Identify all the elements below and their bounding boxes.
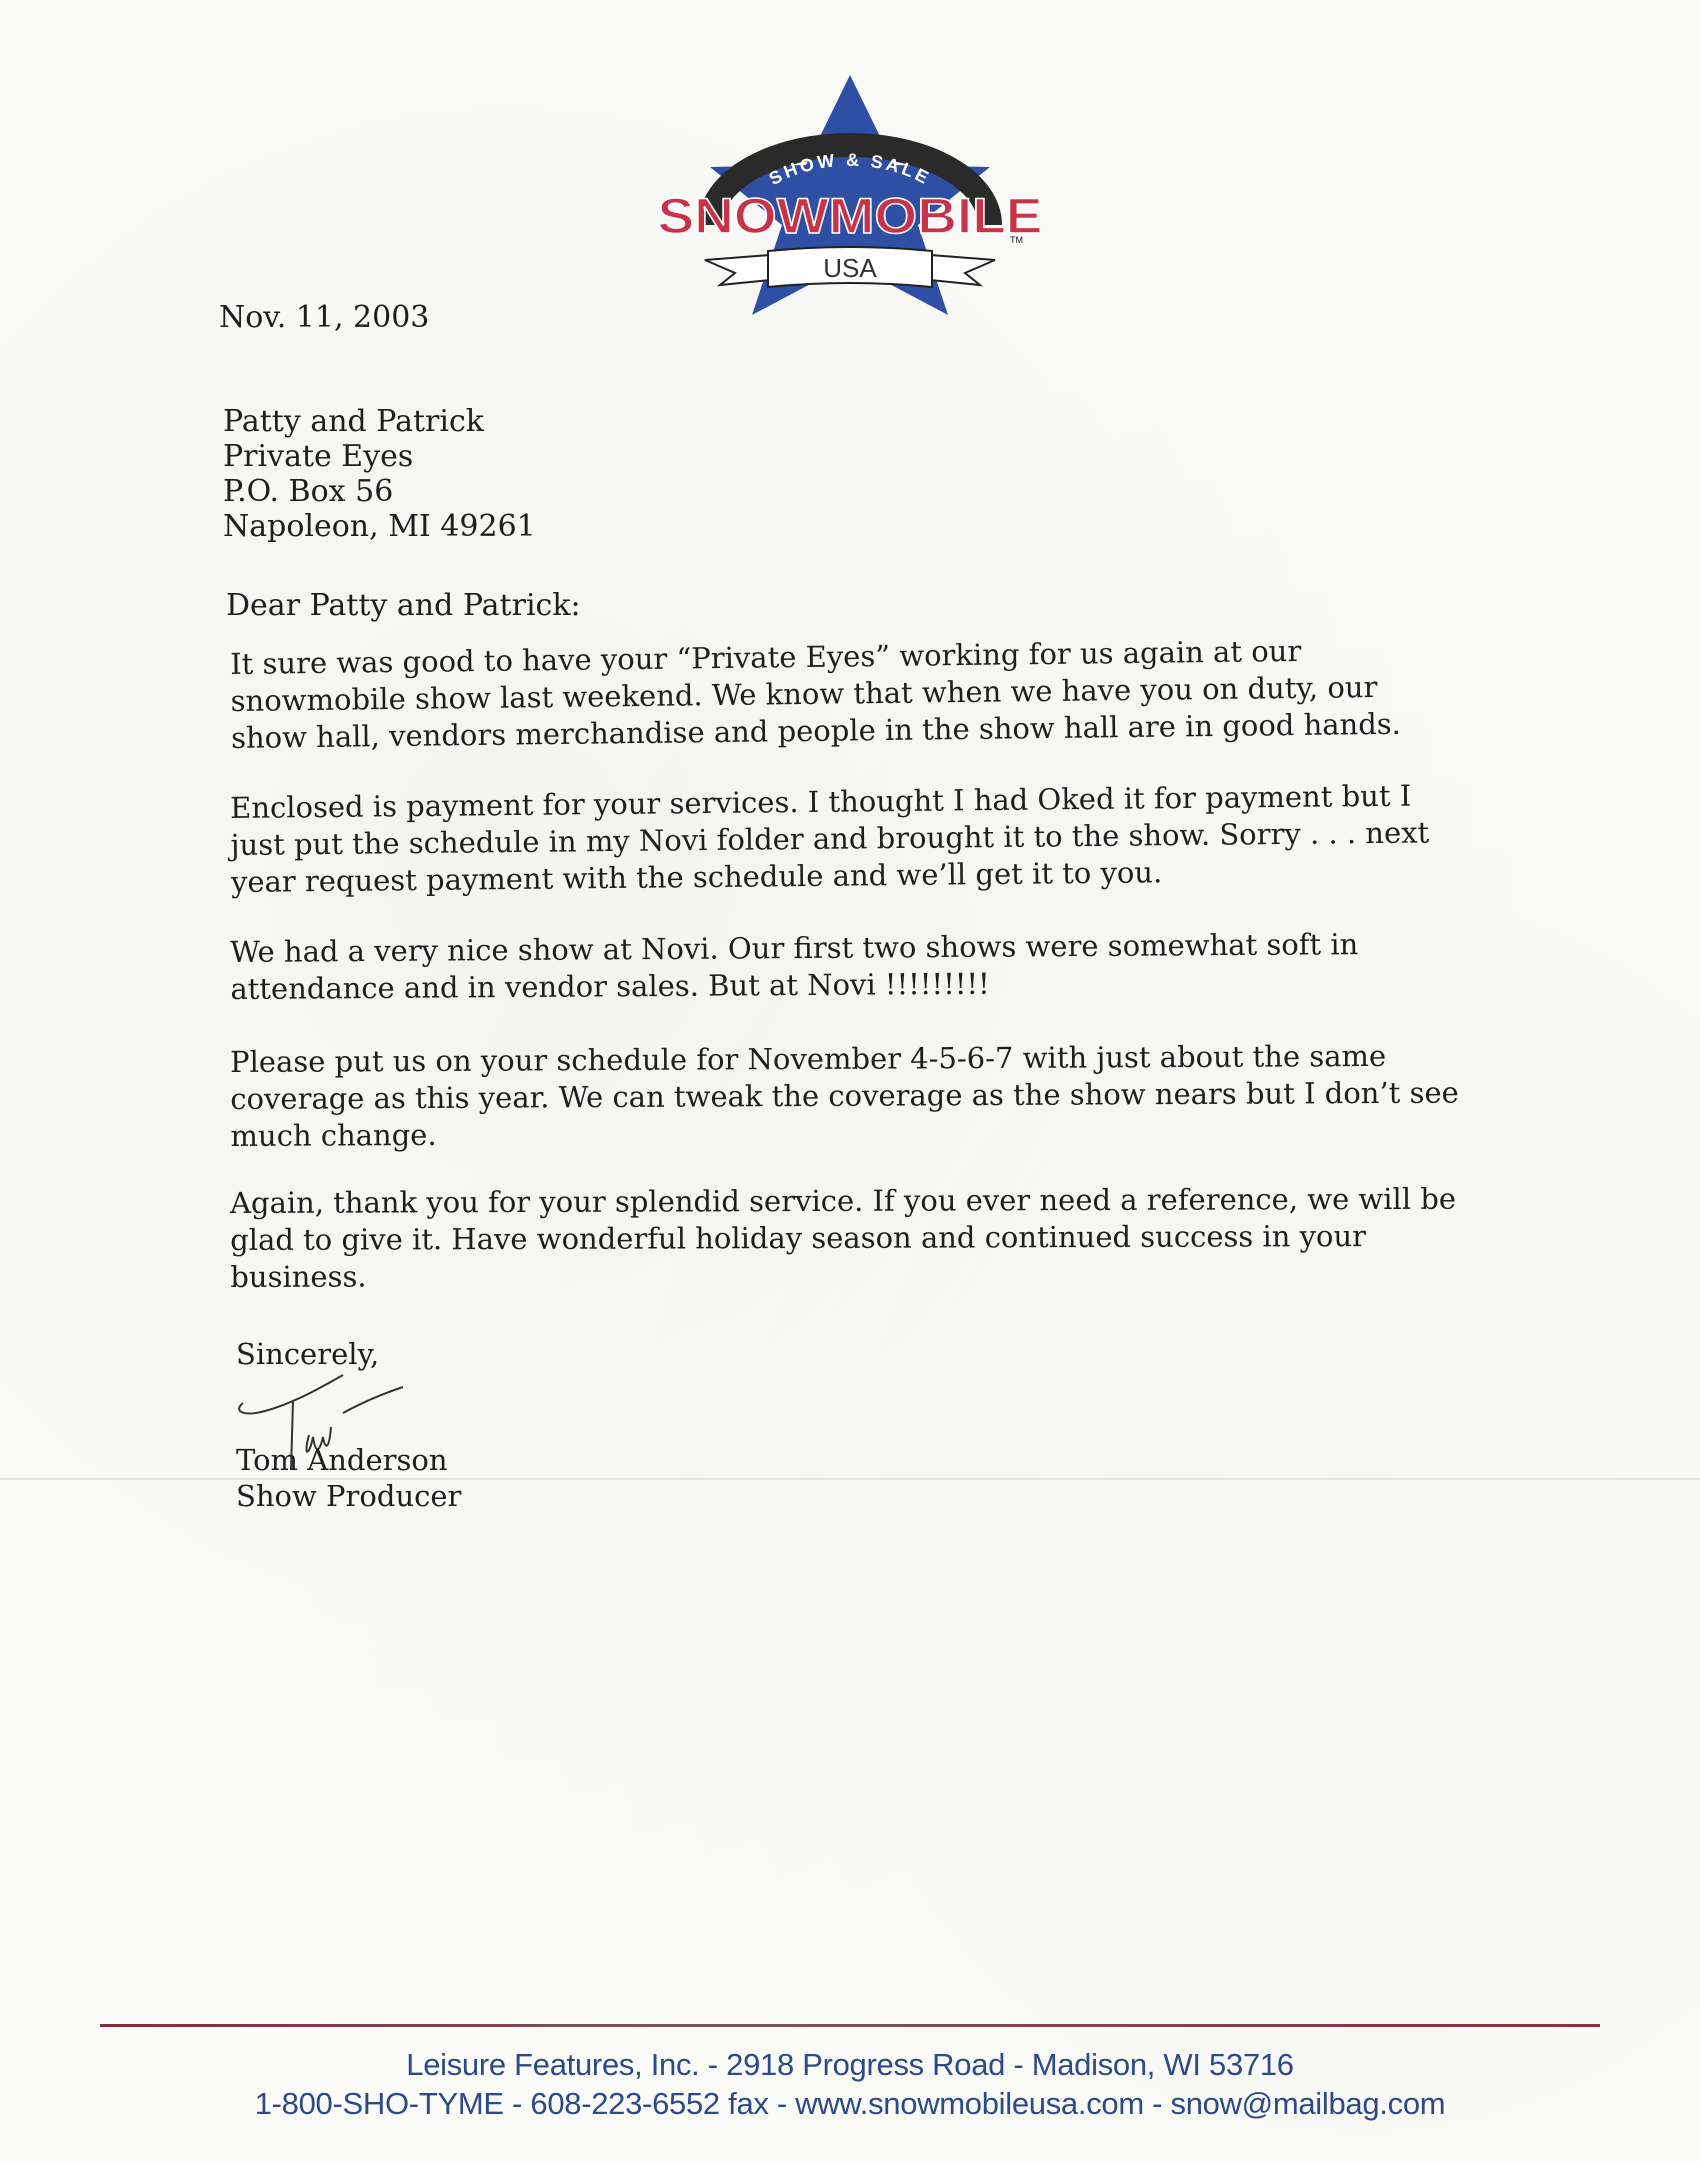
paragraph: Please put us on your schedule for Novem… xyxy=(230,1038,1461,1155)
paragraph: It sure was good to have your “Private E… xyxy=(230,631,1461,757)
recipient-city-state-zip: Napoleon, MI 49261 xyxy=(223,509,536,544)
footer-contact: 1-800-SHO-TYME - 608-223-6552 fax - www.… xyxy=(0,2086,1700,2122)
salutation: Dear Patty and Patrick: xyxy=(226,588,581,623)
footer-divider xyxy=(100,2024,1600,2027)
recipient-name: Patty and Patrick xyxy=(223,404,536,439)
footer-address: Leisure Features, Inc. - 2918 Progress R… xyxy=(0,2047,1700,2083)
paragraph: Again, thank you for your splendid servi… xyxy=(230,1181,1460,1296)
paragraph: Enclosed is payment for your services. I… xyxy=(230,777,1461,901)
recipient-po-box: P.O. Box 56 xyxy=(223,474,536,509)
recipient-address: Patty and Patrick Private Eyes P.O. Box … xyxy=(223,404,536,544)
signer-name: Tom Anderson xyxy=(236,1442,461,1478)
svg-text:SNOWMOBILE: SNOWMOBILE xyxy=(658,188,1043,244)
letter-page: SHOW & SALE SNOWMOBILE USA TM Nov. 11, 2… xyxy=(0,0,1700,2161)
recipient-company: Private Eyes xyxy=(223,439,536,474)
snowmobile-usa-logo: SHOW & SALE SNOWMOBILE USA TM xyxy=(650,75,1050,335)
svg-text:USA: USA xyxy=(823,253,877,283)
svg-text:TM: TM xyxy=(1010,235,1023,245)
paragraph: We had a very nice show at Novi. Our fir… xyxy=(230,925,1460,1008)
letter-date: Nov. 11, 2003 xyxy=(219,300,429,335)
signer-block: Tom Anderson Show Producer xyxy=(236,1442,461,1514)
signer-title: Show Producer xyxy=(236,1478,461,1514)
